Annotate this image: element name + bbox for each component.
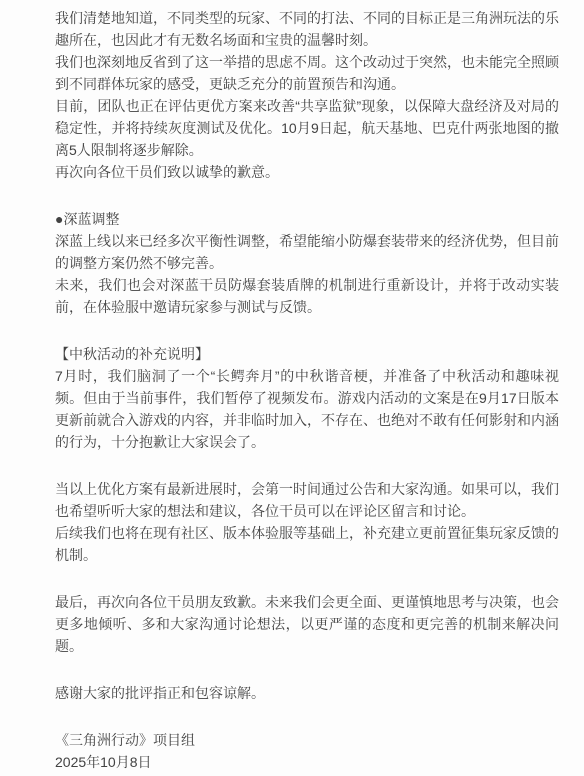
paragraph-reflection: 我们也深刻地反省到了这一举措的思虑不周。这个改动过于突然，也未能完全照顾到不同群… (55, 51, 559, 95)
paragraph-current-measures: 目前，团队也正在评估更优方案来改善“共享监狱”现象，以保障大盘经济及对局的稳定性… (55, 95, 559, 161)
paragraph-feedback-mechanism: 后续我们也将在现有社区、版本体验服等基础上，补充建立更前置征集玩家反馈的机制。 (55, 522, 559, 566)
paragraph-feedback-channels: 当以上优化方案有最新进展时，会第一时间通过公告和大家沟通。如果可以，我们也希望听… (55, 478, 559, 522)
paragraph-thanks: 感谢大家的批评指正和包容谅解。 (55, 682, 559, 704)
section-heading-deep-blue: ●深蓝调整 (55, 208, 559, 230)
paragraph-closing-apology: 最后，再次向各位干员朋友致歉。未来我们会更全面、更谨慎地思考与决策，也会更多地倾… (55, 591, 559, 657)
section-heading-mid-autumn: 【中秋活动的补充说明】 (55, 343, 559, 365)
signature-date: 2025年10月8日 (55, 751, 559, 773)
paragraph-deep-blue-balance: 深蓝上线以来已经多次平衡性调整，希望能缩小防爆套装带来的经济优势，但目前的调整方… (55, 230, 559, 274)
paragraph-deep-blue-redesign: 未来，我们也会对深蓝干员防爆套装盾牌的机制进行重新设计，并将于改动实装前，在体验… (55, 274, 559, 318)
signature-team: 《三角洲行动》项目组 (55, 729, 559, 751)
paragraph-gameplay-intro: 我们清楚地知道，不同类型的玩家、不同的打法、不同的目标正是三角洲玩法的乐趣所在，… (55, 7, 559, 51)
paragraph-mid-autumn-explanation: 7月时，我们脑洞了一个“长鳄奔月”的中秋谐音梗，并准备了中秋活动和趣味视频。但由… (55, 365, 559, 453)
paragraph-apology: 再次向各位干员们致以诚挚的歉意。 (55, 161, 559, 183)
announcement-document: 我们清楚地知道，不同类型的玩家、不同的打法、不同的目标正是三角洲玩法的乐趣所在，… (0, 0, 584, 776)
